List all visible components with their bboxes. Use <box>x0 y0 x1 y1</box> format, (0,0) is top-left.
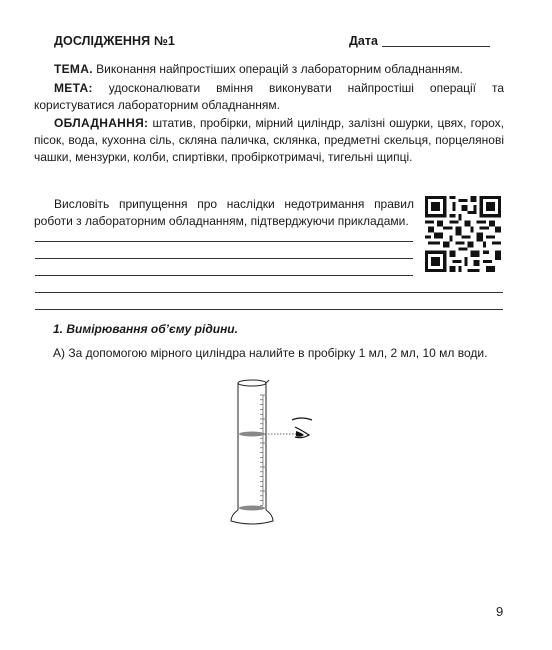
topic-text: Виконання найпростіших операцій з лабора… <box>93 62 463 76</box>
goal-paragraph: МЕТА: удосконалювати вміння виконувати н… <box>34 80 504 114</box>
answer-line[interactable] <box>35 241 413 242</box>
qr-code-icon <box>425 196 501 272</box>
date-label: Дата <box>349 34 378 48</box>
goal-text: удосконалювати вміння виконувати найпрос… <box>34 81 504 112</box>
page-title: ДОСЛІДЖЕННЯ №1 <box>54 34 175 48</box>
hypothesis-prompt: Висловіть припущення про наслідки недотр… <box>34 196 414 230</box>
goal-label: МЕТА: <box>54 81 93 95</box>
equipment-paragraph: ОБЛАДНАННЯ: штатив, пробірки, мірний цил… <box>34 115 504 166</box>
answer-line[interactable] <box>35 258 413 259</box>
answer-line[interactable] <box>35 292 503 293</box>
answer-line[interactable] <box>35 309 503 310</box>
answer-line[interactable] <box>35 275 413 276</box>
topic-paragraph: ТЕМА. Виконання найпростіших операцій з … <box>34 61 504 78</box>
equipment-label: ОБЛАДНАННЯ: <box>54 116 148 130</box>
measuring-cylinder-with-eye-icon <box>225 375 335 525</box>
page-number: 9 <box>496 604 503 619</box>
topic-label: ТЕМА. <box>54 62 93 76</box>
section-title: 1. Вимірювання об’єму рідини. <box>53 322 238 336</box>
task-a-text: А) За допомогою мірного циліндра налийте… <box>53 346 487 360</box>
date-field[interactable] <box>382 46 490 47</box>
